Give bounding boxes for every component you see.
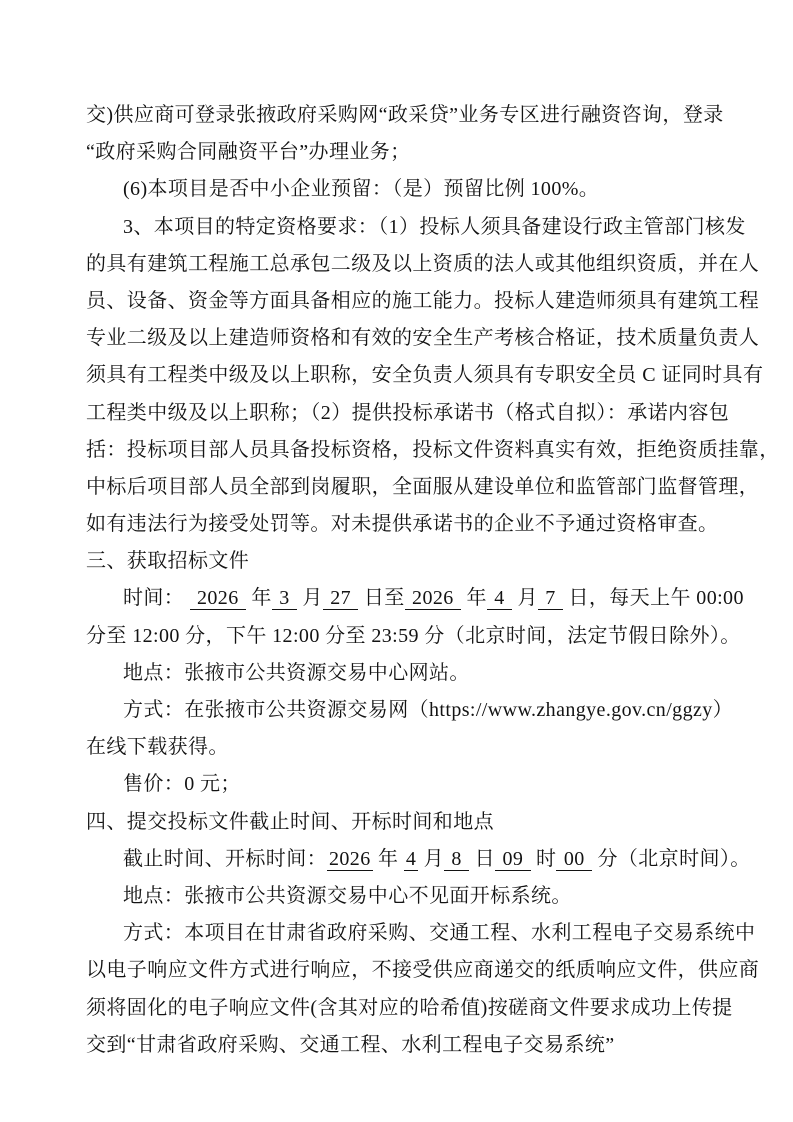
text-segment: 以电子响应文件方式进行响应，不接受供应商递交的纸质响应文件，供应商 <box>86 959 759 981</box>
section-heading: 三、获取招标文件 <box>86 543 715 580</box>
text-segment: 须将固化的电子响应文件(含其对应的哈希值)按磋商文件要求成功上传提 <box>86 997 733 1019</box>
text-line: 地点：张掖市公共资源交易中心网站。 <box>86 655 715 692</box>
text-segment: 年 <box>246 587 272 609</box>
text-segment: 售价：0 元； <box>123 773 241 795</box>
text-segment: 地点：张掖市公共资源交易中心网站。 <box>123 662 470 684</box>
text-line: (6)本项目是否中小企业预留：（是）预留比例 100%。 <box>86 171 715 208</box>
underlined-fill-in-value: 3 <box>272 587 297 610</box>
text-segment: 月 <box>512 587 538 609</box>
text-segment: 方式：本项目在甘肃省政府采购、交通工程、水利工程电子交易系统中 <box>123 922 755 944</box>
text-line: 地点：张掖市公共资源交易中心不见面开标系统。 <box>86 878 715 915</box>
text-segment: 如有违法行为接受处罚等。对未提供承诺书的企业不予通过资格审查。 <box>86 513 718 535</box>
text-segment: 截止时间、开标时间： <box>123 848 327 870</box>
text-segment: 须具有工程类中级及以上职称，安全负责人须具有专职安全员 C 证同时具有 <box>86 364 763 386</box>
text-line: 交)供应商可登录张掖政府采购网“政采贷”业务专区进行融资咨询，登录 <box>86 97 715 134</box>
text-segment: 交到“甘肃省政府采购、交通工程、水利工程电子交易系统” <box>86 1034 615 1056</box>
text-segment: 时 <box>531 848 557 870</box>
underlined-fill-in-value: 4 <box>404 848 418 871</box>
text-segment: 分（北京时间）。 <box>592 848 751 870</box>
text-segment: 交)供应商可登录张掖政府采购网“政采贷”业务专区进行融资咨询，登录 <box>86 104 724 126</box>
text-segment: 日至 <box>358 587 404 609</box>
text-segment: 括：投标项目部人员具备投标资格，投标文件资料真实有效，拒绝资质挂靠， <box>86 439 780 461</box>
text-segment: 时间： <box>123 587 190 609</box>
text-segment: 工程类中级及以上职称；（2）提供投标承诺书（格式自拟）：承诺内容包 <box>86 402 729 424</box>
underlined-fill-in-value: 2026 <box>327 848 373 871</box>
text-segment: 三、获取招标文件 <box>86 550 249 572</box>
text-line: 专业二级及以上建造师资格和有效的安全生产考核合格证，技术质量负责人 <box>86 320 715 357</box>
text-line: 交到“甘肃省政府采购、交通工程、水利工程电子交易系统” <box>86 1027 715 1064</box>
underlined-fill-in-value: 7 <box>538 587 563 610</box>
text-segment: 月 <box>418 848 444 870</box>
text-line: 括：投标项目部人员具备投标资格，投标文件资料真实有效，拒绝资质挂靠， <box>86 432 715 469</box>
text-line: 如有违法行为接受处罚等。对未提供承诺书的企业不予通过资格审查。 <box>86 506 715 543</box>
text-line: “政府采购合同融资平台”办理业务； <box>86 134 715 171</box>
text-segment: 月 <box>297 587 323 609</box>
text-segment: 3、本项目的特定资格要求：（1）投标人须具备建设行政主管部门核发 <box>123 216 746 238</box>
text-line: 截止时间、开标时间：2026 年 4 月 8 日 09 时 00 分（北京时间）… <box>86 841 715 878</box>
text-line: 方式：本项目在甘肃省政府采购、交通工程、水利工程电子交易系统中 <box>86 915 715 952</box>
text-segment: 日，每天上午 00:00 <box>563 587 744 609</box>
text-line: 在线下载获得。 <box>86 729 715 766</box>
text-segment: 中标后项目部人员全部到岗履职，全面服从建设单位和监管部门监督管理， <box>86 476 759 498</box>
text-line: 员、设备、资金等方面具备相应的施工能力。投标人建造师须具有建筑工程 <box>86 283 715 320</box>
text-line: 须将固化的电子响应文件(含其对应的哈希值)按磋商文件要求成功上传提 <box>86 990 715 1027</box>
section-heading: 四、提交投标文件截止时间、开标时间和地点 <box>86 804 715 841</box>
underlined-fill-in-value: 4 <box>487 587 512 610</box>
text-segment: 分至 12:00 分，下午 12:00 分至 23:59 分（北京时间，法定节假… <box>86 625 741 647</box>
text-segment: 日 <box>469 848 495 870</box>
text-line: 以电子响应文件方式进行响应，不接受供应商递交的纸质响应文件，供应商 <box>86 952 715 989</box>
text-segment: 年 <box>461 587 487 609</box>
text-segment: 在线下载获得。 <box>86 736 229 758</box>
underlined-fill-in-value: 2026 <box>190 587 246 610</box>
text-segment: 专业二级及以上建造师资格和有效的安全生产考核合格证，技术质量负责人 <box>86 327 759 349</box>
text-segment: 地点：张掖市公共资源交易中心不见面开标系统。 <box>123 885 572 907</box>
text-segment: 四、提交投标文件截止时间、开标时间和地点 <box>86 811 494 833</box>
text-line: 须具有工程类中级及以上职称，安全负责人须具有专职安全员 C 证同时具有 <box>86 357 715 394</box>
underlined-fill-in-value: 2026 <box>405 587 461 610</box>
underlined-fill-in-value: 27 <box>323 587 359 610</box>
text-line: 工程类中级及以上职称；（2）提供投标承诺书（格式自拟）：承诺内容包 <box>86 395 715 432</box>
text-line: 售价：0 元； <box>86 766 715 803</box>
text-line: 3、本项目的特定资格要求：（1）投标人须具备建设行政主管部门核发 <box>86 209 715 246</box>
text-segment: “政府采购合同融资平台”办理业务； <box>86 141 411 163</box>
text-line: 分至 12:00 分，下午 12:00 分至 23:59 分（北京时间，法定节假… <box>86 618 715 655</box>
document-body: 交)供应商可登录张掖政府采购网“政采贷”业务专区进行融资咨询，登录“政府采购合同… <box>86 97 715 1064</box>
underlined-fill-in-value: 00 <box>556 848 592 871</box>
text-line: 时间： 2026 年 3 月 27 日至 2026 年 4 月 7 日，每天上午… <box>86 580 715 617</box>
text-segment: 方式：在张掖市公共资源交易网（https://www.zhangye.gov.c… <box>123 699 733 721</box>
text-line: 中标后项目部人员全部到岗履职，全面服从建设单位和监管部门监督管理， <box>86 469 715 506</box>
text-line: 的具有建筑工程施工总承包二级及以上资质的法人或其他组织资质，并在人 <box>86 246 715 283</box>
underlined-fill-in-value: 8 <box>444 848 469 871</box>
text-line: 方式：在张掖市公共资源交易网（https://www.zhangye.gov.c… <box>86 692 715 729</box>
text-segment: 年 <box>373 848 404 870</box>
text-segment: (6)本项目是否中小企业预留：（是）预留比例 100%。 <box>123 178 599 200</box>
document-page: 交)供应商可登录张掖政府采购网“政采贷”业务专区进行融资咨询，登录“政府采购合同… <box>0 0 793 1122</box>
text-segment: 员、设备、资金等方面具备相应的施工能力。投标人建造师须具有建筑工程 <box>86 290 759 312</box>
underlined-fill-in-value: 09 <box>495 848 531 871</box>
text-segment: 的具有建筑工程施工总承包二级及以上资质的法人或其他组织资质，并在人 <box>86 253 759 275</box>
